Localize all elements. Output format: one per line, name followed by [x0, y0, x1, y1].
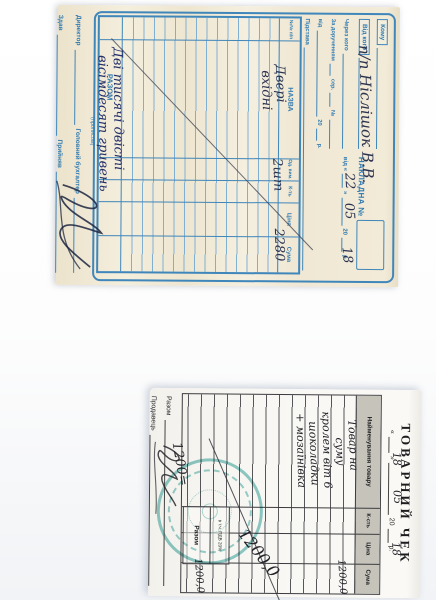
invoice-signature	[54, 177, 109, 273]
invoice-warrant-line5	[316, 129, 325, 141]
invoice-warrant-line4	[316, 30, 326, 116]
receipt-item-line4: шоколадки	[306, 421, 322, 486]
invoice-paper: НАКЛАДНА № від « » 20 р. 22 05 18 Кому	[56, 5, 400, 287]
invoice-received-label: Прийняв	[56, 140, 63, 168]
invoice-warrant-r: р.	[316, 144, 322, 149]
invoice-basis-row: Підстава	[302, 19, 313, 271]
invoice-basis-label: Підстава	[304, 19, 310, 45]
invoice-director-label: Директор	[75, 15, 82, 46]
receipt-date-year-prefix: 20	[388, 518, 395, 526]
receipt-item-line2: суму	[333, 437, 347, 466]
receipt-item-sum: 1200,0	[335, 559, 348, 595]
receipt-item-line1: Товар на	[345, 419, 360, 471]
receipt-item-line5: + мозаїнівка	[293, 413, 308, 488]
invoice-propysom-note: (прописом)	[89, 117, 95, 146]
invoice-date-year-handwriting: 18	[338, 246, 355, 264]
invoice-via-line	[342, 54, 352, 149]
receipt-col-header-price: Ціна	[355, 534, 379, 564]
receipt-date-month-line	[388, 463, 397, 515]
invoice-item-name-line1: Двері	[272, 64, 288, 103]
receipt-footer-total-label: Разом	[165, 396, 172, 416]
invoice-date-day-handwriting: 22	[341, 173, 357, 190]
invoice-warrant-vid: від	[317, 19, 323, 28]
receipt-seller-signature	[151, 440, 186, 520]
invoice-total-words-line1: Дві тисячі двісті	[110, 47, 126, 170]
invoice-item-name-line2: вхідні	[258, 70, 274, 110]
invoice-warrant-row2: від 20 р.	[316, 19, 326, 149]
invoice-item-sum: 2280	[271, 228, 287, 261]
invoice-warrant-no: №	[329, 110, 335, 116]
receipt-date-month-handwriting: 05	[391, 490, 405, 505]
invoice-warrant-line1	[329, 64, 338, 76]
invoice-table-body	[122, 17, 280, 272]
invoice-gave-line	[56, 35, 66, 136]
scanned-page: НАКЛАДНА № від « » 20 р. 22 05 18 Кому	[0, 0, 436, 600]
invoice-via-row: Через кого	[342, 19, 352, 149]
receipt-date-year-handwriting: 18	[389, 541, 403, 556]
invoice-warrant-line2	[329, 93, 338, 107]
receipt-date-day-line	[388, 437, 397, 453]
invoice-from-handwriting: п/п Ніслішок В.В.	[355, 45, 377, 184]
invoice-to-label: Кому	[377, 19, 388, 45]
receipt-date-year-line	[388, 529, 397, 543]
receipt-date-day-handwriting: 18	[390, 452, 404, 467]
receipt-col-header-qty: К-сть	[356, 508, 380, 534]
receipt-seller-label: Продавець	[150, 396, 157, 431]
receipt-col-header-sum: Сума	[355, 564, 379, 591]
receipt-paper: ТОВАРНИЙ ЧЕК « » 20 р. 18 05 18 Найменув…	[148, 388, 422, 598]
receipt-document-rotated: ТОВАРНИЙ ЧЕК « » 20 р. 18 05 18 Найменув…	[148, 388, 422, 598]
invoice-warrant-row1: За дорученням сер. №	[329, 19, 339, 149]
invoice-via-label: Через кого	[343, 19, 349, 51]
invoice-warrant-label: За дорученням	[330, 19, 336, 61]
invoice-document-rotated: НАКЛАДНА № від « » 20 р. 22 05 18 Кому	[56, 5, 400, 289]
invoice-total-words-line2: вісімдесят гривень	[94, 55, 110, 192]
invoice-number-box	[356, 219, 384, 269]
invoice-to-row: Кому	[376, 19, 388, 149]
invoice-col-header-num: №№ п/п	[280, 18, 300, 40]
invoice-date-year-prefix: 20	[341, 228, 347, 235]
invoice-date-month-handwriting: 05	[341, 202, 357, 219]
invoice-to-line	[376, 48, 386, 149]
invoice-warrant-ser: сер.	[329, 79, 335, 90]
invoice-warrant-year-prefix: 20	[316, 119, 322, 125]
invoice-item-qty: 2шт	[269, 158, 285, 192]
receipt-item-line3: кролем віт 6	[319, 411, 334, 489]
invoice-basis-line	[302, 48, 313, 271]
invoice-date-prefix: від «	[342, 157, 348, 171]
invoice-director-line	[74, 49, 84, 124]
invoice-gave-label: Здав	[57, 15, 64, 31]
invoice-warrant-line3	[329, 119, 338, 148]
receipt-date-open-quote: «	[389, 430, 396, 434]
invoice-date-close-quote: »	[342, 191, 348, 194]
